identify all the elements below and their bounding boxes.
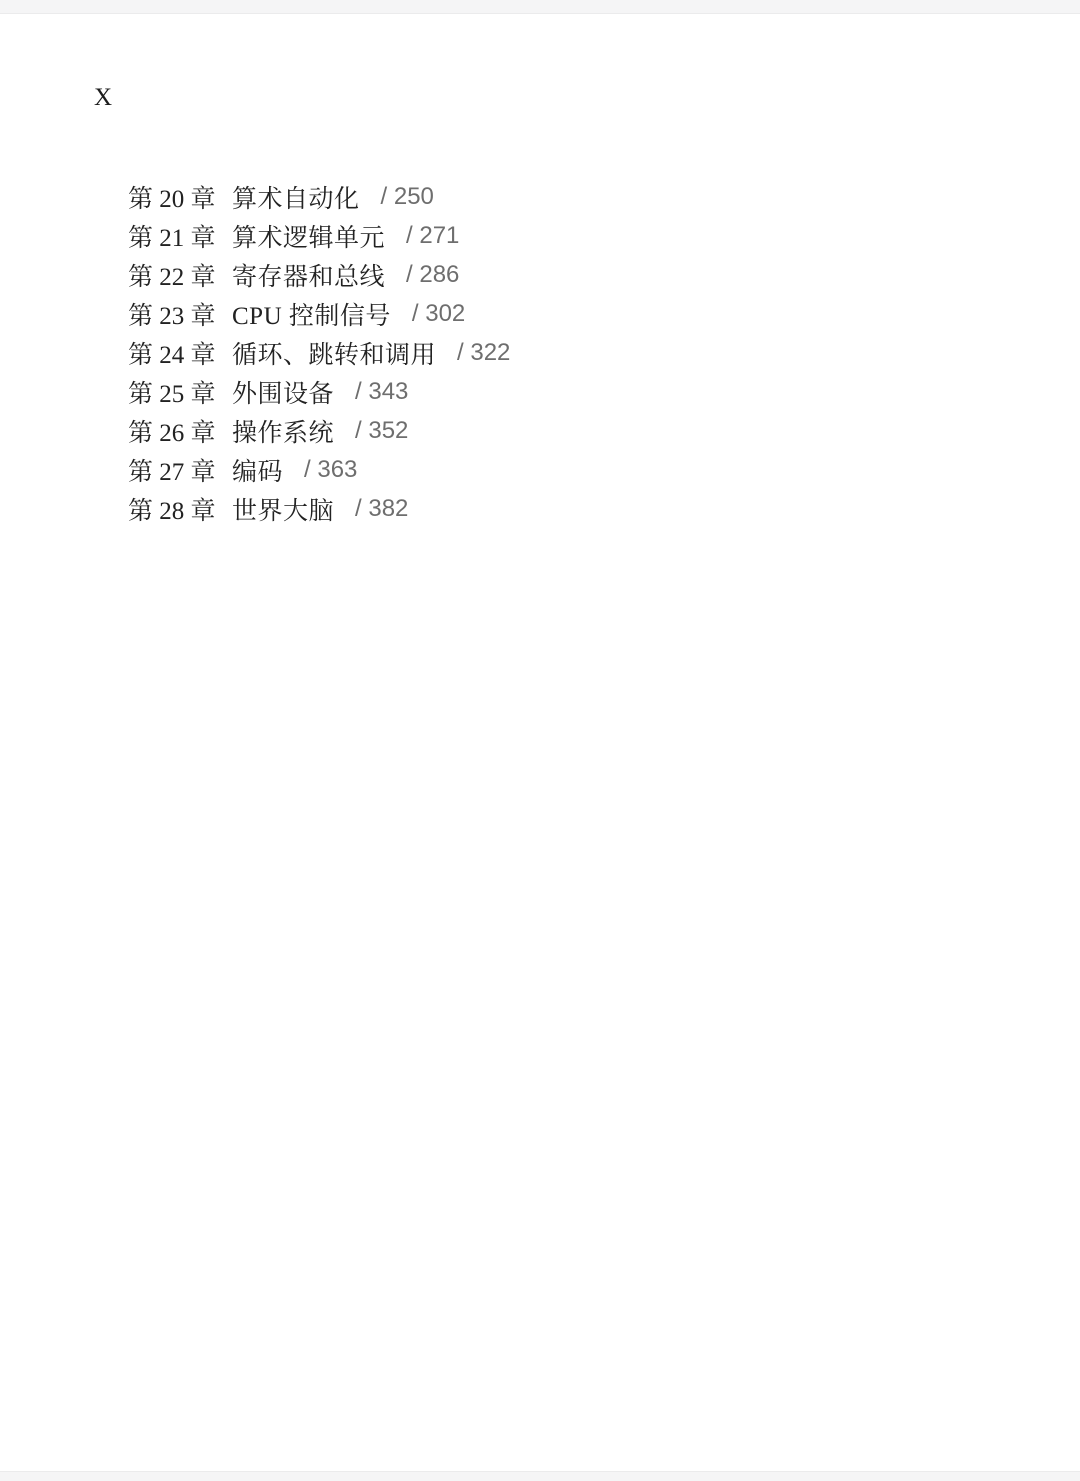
toc-page-number: / 250 — [381, 183, 434, 211]
toc-row: 第 22 章寄存器和总线/ 286 — [128, 255, 1040, 294]
toc-page-number: / 363 — [304, 456, 357, 484]
scan-edge-top — [0, 0, 1080, 14]
toc-chapter-title: 编码 — [232, 452, 283, 488]
toc-page-number: / 322 — [457, 339, 510, 367]
scan-edge-bottom — [0, 1471, 1080, 1481]
toc-page-number: / 271 — [406, 222, 459, 250]
toc-row: 第 28 章世界大脑/ 382 — [128, 490, 1040, 529]
toc-chapter-title: 循环、跳转和调用 — [232, 335, 436, 371]
toc-row: 第 23 章CPU 控制信号/ 302 — [128, 294, 1040, 333]
toc-row: 第 25 章外围设备/ 343 — [128, 372, 1040, 411]
page-folio-number: X — [94, 84, 113, 112]
toc-chapter-label: 第 27 章 — [128, 452, 232, 488]
toc-chapter-label: 第 21 章 — [128, 218, 232, 254]
toc-chapter-label: 第 23 章 — [128, 296, 232, 332]
toc-row: 第 26 章操作系统/ 352 — [128, 412, 1040, 451]
toc-chapter-title: 算术自动化 — [232, 179, 360, 215]
toc-chapter-title: 算术逻辑单元 — [232, 218, 385, 254]
toc-row: 第 27 章编码/ 363 — [128, 451, 1040, 490]
toc-chapter-label: 第 26 章 — [128, 413, 232, 449]
toc-page-number: / 382 — [355, 495, 408, 523]
toc-chapter-title: CPU 控制信号 — [232, 296, 391, 332]
toc-row: 第 24 章循环、跳转和调用/ 322 — [128, 333, 1040, 372]
toc-chapter-title: 外围设备 — [232, 374, 334, 410]
toc-chapter-label: 第 22 章 — [128, 257, 232, 293]
toc-chapter-title: 操作系统 — [232, 413, 334, 449]
toc-row: 第 20 章算术自动化/ 250 — [128, 177, 1040, 216]
toc-chapter-title: 世界大脑 — [232, 491, 334, 527]
toc-chapter-label: 第 28 章 — [128, 491, 232, 527]
toc-page-number: / 343 — [355, 378, 408, 406]
toc-page-number: / 352 — [355, 417, 408, 445]
toc-chapter-label: 第 24 章 — [128, 335, 232, 371]
toc-chapter-label: 第 25 章 — [128, 374, 232, 410]
toc-chapter-title: 寄存器和总线 — [232, 257, 385, 293]
toc-page-number: / 286 — [406, 261, 459, 289]
toc-page-number: / 302 — [412, 300, 465, 328]
toc-chapter-label: 第 20 章 — [128, 179, 232, 215]
toc-row: 第 21 章算术逻辑单元/ 271 — [128, 216, 1040, 255]
table-of-contents: 第 20 章算术自动化/ 250第 21 章算术逻辑单元/ 271第 22 章寄… — [128, 177, 1040, 529]
